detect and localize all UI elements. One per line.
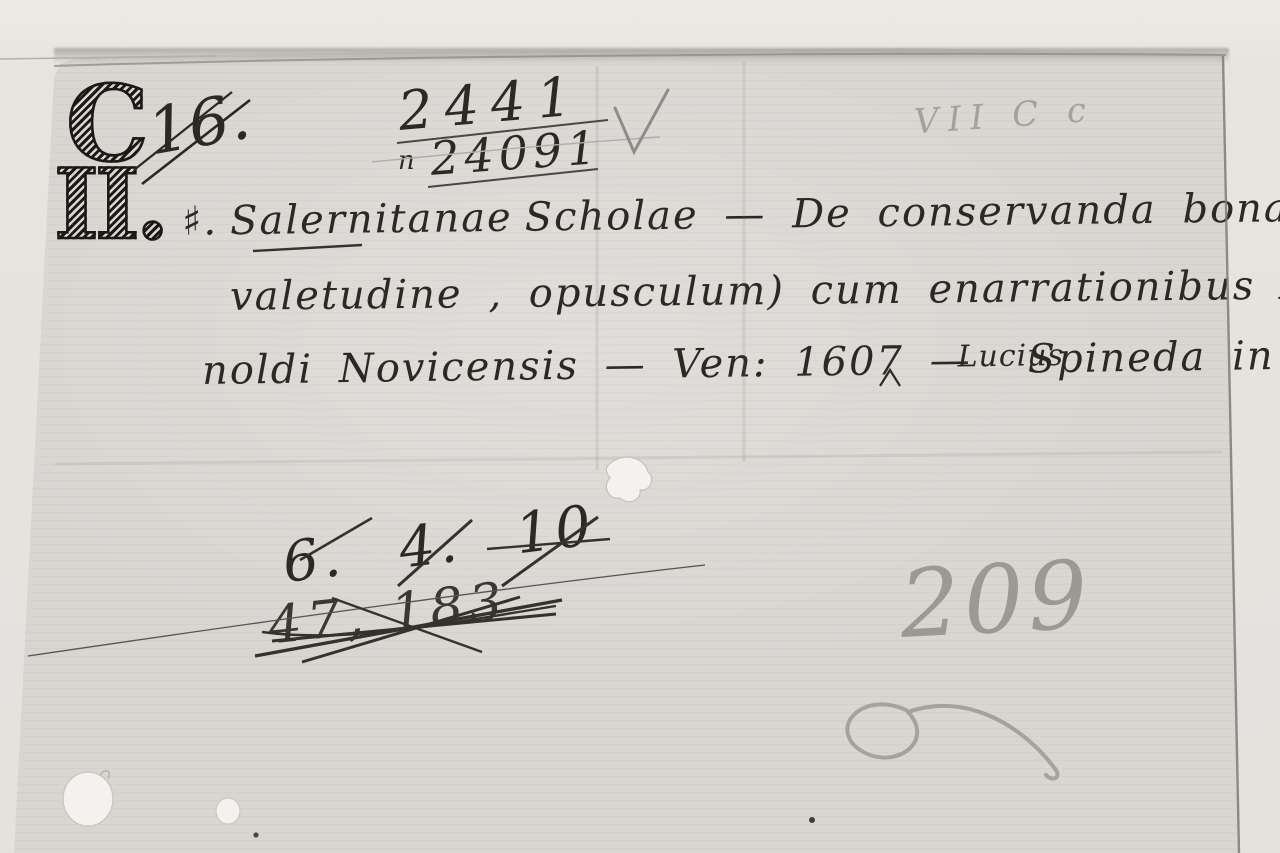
entry-line3-end: Spineda in 12 — [1027, 332, 1280, 383]
pencil-folio-number: 209 — [897, 541, 1094, 660]
stencil-letter-ii: II. — [54, 164, 165, 246]
insertion-point: Lucius — [972, 373, 1028, 374]
card-top-edge-shadow — [54, 48, 1229, 64]
entry-title-word: Salernitanae — [230, 195, 513, 244]
cancelled-mark: ♯. — [182, 198, 219, 244]
register-number-prefix: n — [398, 146, 415, 176]
entry-line1-rest: Scholae — De conservanda bona — [524, 185, 1280, 240]
inserted-word: Lucius — [957, 338, 1064, 374]
scanned-catalog-card-page: C II. 16. 2441 n 24091 VII C c ♯.Salerni… — [0, 0, 1280, 853]
